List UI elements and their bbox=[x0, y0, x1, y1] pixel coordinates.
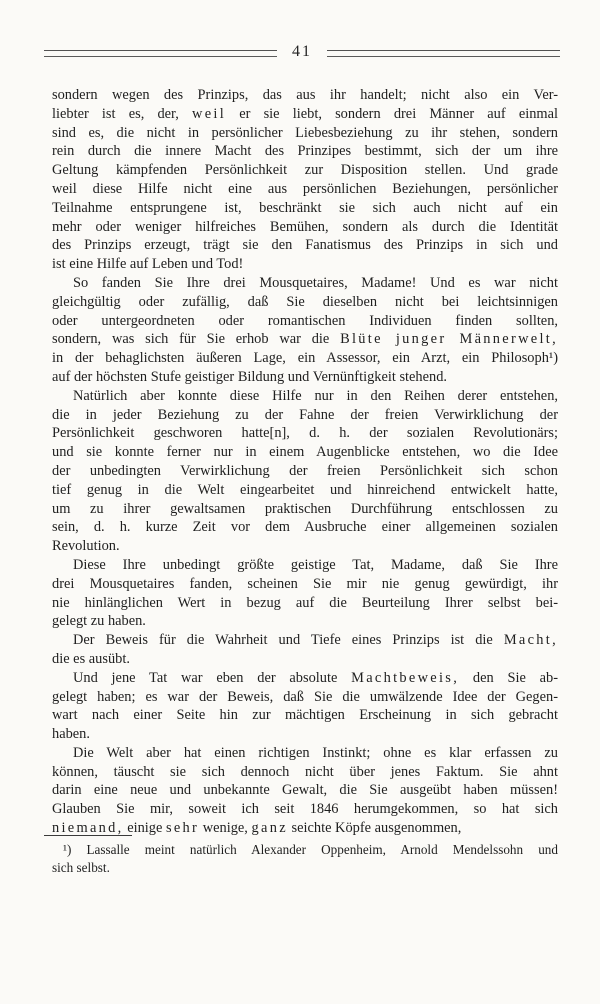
footnote: ¹) Lassalle meint natürlich Alexander Op… bbox=[52, 841, 558, 877]
text-segment: Persönlichkeit geschworen hatte[n], d. h… bbox=[52, 425, 558, 441]
text-line: sondern wegen des Prinzips, das aus ihr … bbox=[52, 86, 558, 105]
text-segment: sondern, was sich für Sie erhob war die bbox=[52, 331, 340, 347]
text-line: Natürlich aber konnte diese Hilfe nur in… bbox=[52, 387, 558, 406]
text-line: gleichgültig oder zufällig, daß Sie dies… bbox=[52, 293, 558, 312]
text-line: weil diese Hilfe nicht eine aus persönli… bbox=[52, 180, 558, 199]
text-segment: drei Mousquetaires fanden, scheinen Sie … bbox=[52, 576, 558, 592]
text-segment: die in jeder Beziehung zu der Fahne der … bbox=[52, 407, 558, 423]
text-line: sondern, was sich für Sie erhob war die … bbox=[52, 330, 558, 349]
text-segment: sich selbst. bbox=[52, 860, 110, 875]
text-line: Revolution. bbox=[52, 537, 558, 556]
text-line: tief genug in die Welt eingearbeitet und… bbox=[52, 481, 558, 500]
text-line: des Prinzips erzeugt, trägt sie den Fana… bbox=[52, 236, 558, 255]
letterspaced-emphasis: Macht, bbox=[504, 632, 558, 648]
text-segment: haben. bbox=[52, 726, 90, 742]
text-segment: Der Beweis für die Wahrheit und Tiefe ei… bbox=[73, 632, 504, 648]
letterspaced-emphasis: Machtbeweis, bbox=[351, 670, 459, 686]
text-segment: und sie konnte ferner nur in einem Augen… bbox=[52, 444, 558, 460]
text-segment: auf der höchsten Stufe geistiger Bildung… bbox=[52, 369, 447, 385]
text-line: Und jene Tat war eben der absolute Macht… bbox=[52, 669, 558, 688]
text-line: Persönlichkeit geschworen hatte[n], d. h… bbox=[52, 424, 558, 443]
text-segment: Revolution. bbox=[52, 538, 120, 554]
text-segment: er sie liebt, sondern drei Männer auf ei… bbox=[226, 106, 558, 122]
text-segment: ¹) Lassalle meint natürlich Alexander Op… bbox=[63, 842, 558, 857]
letterspaced-emphasis: sehr bbox=[166, 820, 199, 836]
header-rule-left bbox=[44, 50, 277, 57]
text-line: sein, d. h. kurze Zeit vor dem Ausbruche… bbox=[52, 518, 558, 537]
text-line: Geltung kämpfenden Persönlichkeit zur Di… bbox=[52, 161, 558, 180]
text-line: der unbedingten Verwirklichung der freie… bbox=[52, 462, 558, 481]
text-segment: So fanden Sie Ihre drei Mousquetaires, M… bbox=[73, 275, 558, 291]
text-segment: in der behaglichsten äußeren Lage, ein A… bbox=[52, 350, 549, 366]
text-segment: Teilnahme entsprungene ist, beschränkt s… bbox=[52, 200, 558, 216]
text-segment: gleichgültig oder zufällig, daß Sie dies… bbox=[52, 294, 558, 310]
text-line: ist eine Hilfe auf Leben und Tod! bbox=[52, 255, 558, 274]
text-segment: können, täuscht sie sich dennoch nicht ü… bbox=[52, 764, 558, 780]
page-number: 41 bbox=[292, 45, 312, 59]
text-segment: sind es, die nicht in persönlicher Liebe… bbox=[52, 125, 558, 141]
text-segment: seichte Köpfe ausgenommen, bbox=[288, 820, 461, 836]
text-line: mehr oder weniger hilfreiches Bemühen, s… bbox=[52, 218, 558, 237]
text-line: darin eine neue und unbekannte Gewalt, d… bbox=[52, 781, 558, 800]
letterspaced-emphasis: niemand, bbox=[52, 820, 124, 836]
text-line: wart nach einer Seite hin zur mächtigen … bbox=[52, 706, 558, 725]
text-line: auf der höchsten Stufe geistiger Bildung… bbox=[52, 368, 558, 387]
book-page-scan: 41 sondern wegen des Prinzips, das aus i… bbox=[0, 46, 600, 877]
text-segment: der unbedingten Verwirklichung der freie… bbox=[52, 463, 558, 479]
text-segment: Natürlich aber konnte diese Hilfe nur in… bbox=[73, 388, 558, 404]
text-segment: liebter ist es, der, bbox=[52, 106, 192, 122]
text-segment: den Sie ab- bbox=[459, 670, 558, 686]
text-segment: um zu ihrer gewaltsamen praktischen Durc… bbox=[52, 501, 558, 517]
text-segment: des Prinzips erzeugt, trägt sie den Fana… bbox=[52, 237, 558, 253]
text-segment: rein durch die innere Macht des Prinzipe… bbox=[52, 143, 558, 159]
text-line: haben. bbox=[52, 725, 558, 744]
text-segment: einige bbox=[124, 820, 166, 836]
text-line: niemand, einige sehr wenige, ganz seicht… bbox=[52, 819, 558, 838]
text-line: die in jeder Beziehung zu der Fahne der … bbox=[52, 406, 558, 425]
text-line: liebter ist es, der, weil er sie liebt, … bbox=[52, 105, 558, 124]
text-segment: ist eine Hilfe auf Leben und Tod! bbox=[52, 256, 243, 272]
text-line: sind es, die nicht in persönlicher Liebe… bbox=[52, 124, 558, 143]
text-line: gelegt haben; es war der Beweis, daß Sie… bbox=[52, 688, 558, 707]
text-segment: nie hinlänglichen Wert in bezug auf die … bbox=[52, 595, 558, 611]
text-line: Glauben Sie mir, soweit ich seit 1846 he… bbox=[52, 800, 558, 819]
text-line: Diese Ihre unbedingt größte geistige Tat… bbox=[52, 556, 558, 575]
text-segment: oder untergeordneten oder romantischen I… bbox=[52, 313, 558, 329]
text-line: sich selbst. bbox=[52, 859, 558, 877]
header-rule-right bbox=[327, 50, 560, 57]
text-line: oder untergeordneten oder romantischen I… bbox=[52, 312, 558, 331]
text-segment: Die Welt aber hat einen richtigen Instin… bbox=[73, 745, 558, 761]
letterspaced-emphasis: weil bbox=[192, 106, 226, 122]
text-segment: weil diese Hilfe nicht eine aus persönli… bbox=[52, 181, 558, 197]
text-line: drei Mousquetaires fanden, scheinen Sie … bbox=[52, 575, 558, 594]
text-segment: mehr oder weniger hilfreiches Bemühen, s… bbox=[52, 219, 558, 235]
text-segment: wart nach einer Seite hin zur mächtigen … bbox=[52, 707, 558, 723]
text-line: in der behaglichsten äußeren Lage, ein A… bbox=[52, 349, 558, 368]
text-line: und sie konnte ferner nur in einem Augen… bbox=[52, 443, 558, 462]
text-segment: Geltung kämpfenden Persönlichkeit zur Di… bbox=[52, 162, 558, 178]
text-line: gelegt zu haben. bbox=[52, 612, 558, 631]
page-body: sondern wegen des Prinzips, das aus ihr … bbox=[52, 86, 558, 838]
text-segment: wenige, bbox=[199, 820, 251, 836]
text-segment: gelegt zu haben. bbox=[52, 613, 146, 629]
text-line: um zu ihrer gewaltsamen praktischen Durc… bbox=[52, 500, 558, 519]
text-segment: darin eine neue und unbekannte Gewalt, d… bbox=[52, 782, 558, 798]
text-line: nie hinlänglichen Wert in bezug auf die … bbox=[52, 594, 558, 613]
text-segment: sondern wegen des Prinzips, das aus ihr … bbox=[52, 87, 558, 103]
text-line: rein durch die innere Macht des Prinzipe… bbox=[52, 142, 558, 161]
text-segment: sein, d. h. kurze Zeit vor dem Ausbruche… bbox=[52, 519, 558, 535]
text-line: So fanden Sie Ihre drei Mousquetaires, M… bbox=[52, 274, 558, 293]
letterspaced-emphasis: ganz bbox=[252, 820, 288, 836]
text-segment: tief genug in die Welt eingearbeitet und… bbox=[52, 482, 558, 498]
text-segment: die es ausübt. bbox=[52, 651, 130, 667]
text-segment: gelegt haben; es war der Beweis, daß Sie… bbox=[52, 689, 558, 705]
text-segment: Und jene Tat war eben der absolute bbox=[73, 670, 351, 686]
text-line: ¹) Lassalle meint natürlich Alexander Op… bbox=[52, 841, 558, 859]
text-segment: Glauben Sie mir, soweit ich seit 1846 he… bbox=[52, 801, 558, 817]
text-line: Die Welt aber hat einen richtigen Instin… bbox=[52, 744, 558, 763]
text-line: die es ausübt. bbox=[52, 650, 558, 669]
text-line: können, täuscht sie sich dennoch nicht ü… bbox=[52, 763, 558, 782]
letterspaced-emphasis: Blüte junger Männerwelt, bbox=[340, 331, 558, 347]
page-header: 41 bbox=[44, 46, 560, 60]
text-line: Teilnahme entsprungene ist, beschränkt s… bbox=[52, 199, 558, 218]
text-line: Der Beweis für die Wahrheit und Tiefe ei… bbox=[52, 631, 558, 650]
text-segment: Diese Ihre unbedingt größte geistige Tat… bbox=[73, 557, 558, 573]
text-segment: ¹) bbox=[549, 350, 558, 366]
